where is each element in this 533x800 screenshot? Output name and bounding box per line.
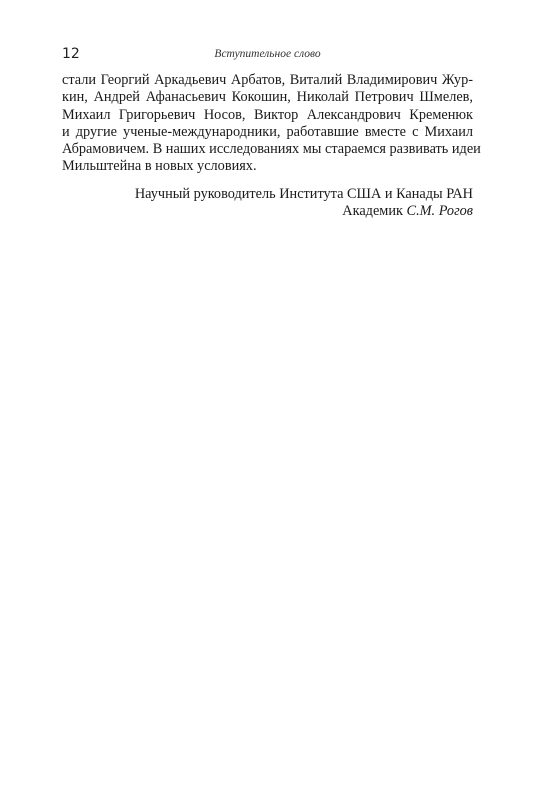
running-title: Вступительное слово [62, 48, 473, 60]
text-line: Абрамовичем. В наших исследованиях мы ст… [62, 141, 473, 158]
signature-position: Научный руководитель Института США и Кан… [62, 186, 473, 203]
body-paragraph: стали Георгий Аркадьевич Арбатов, Витали… [62, 72, 473, 176]
text-line: стали Георгий Аркадьевич Арбатов, Витали… [62, 72, 473, 89]
text-line: и другие ученые-международники, работавш… [62, 124, 473, 141]
signature-name-line: Академик С.М. Рогов [62, 203, 473, 220]
signature-block: Научный руководитель Института США и Кан… [62, 186, 473, 221]
page-header: 12 Вступительное слово [62, 46, 473, 66]
text-line: Мильштейна в новых условиях. [62, 158, 473, 175]
signature-title: Академик [342, 203, 403, 219]
text-line: кин, Андрей Афанасьевич Кокошин, Николай… [62, 89, 473, 106]
text-line: Михаил Григорьевич Носов, Виктор Алексан… [62, 107, 473, 124]
signature-name: С.М. Рогов [407, 203, 473, 219]
